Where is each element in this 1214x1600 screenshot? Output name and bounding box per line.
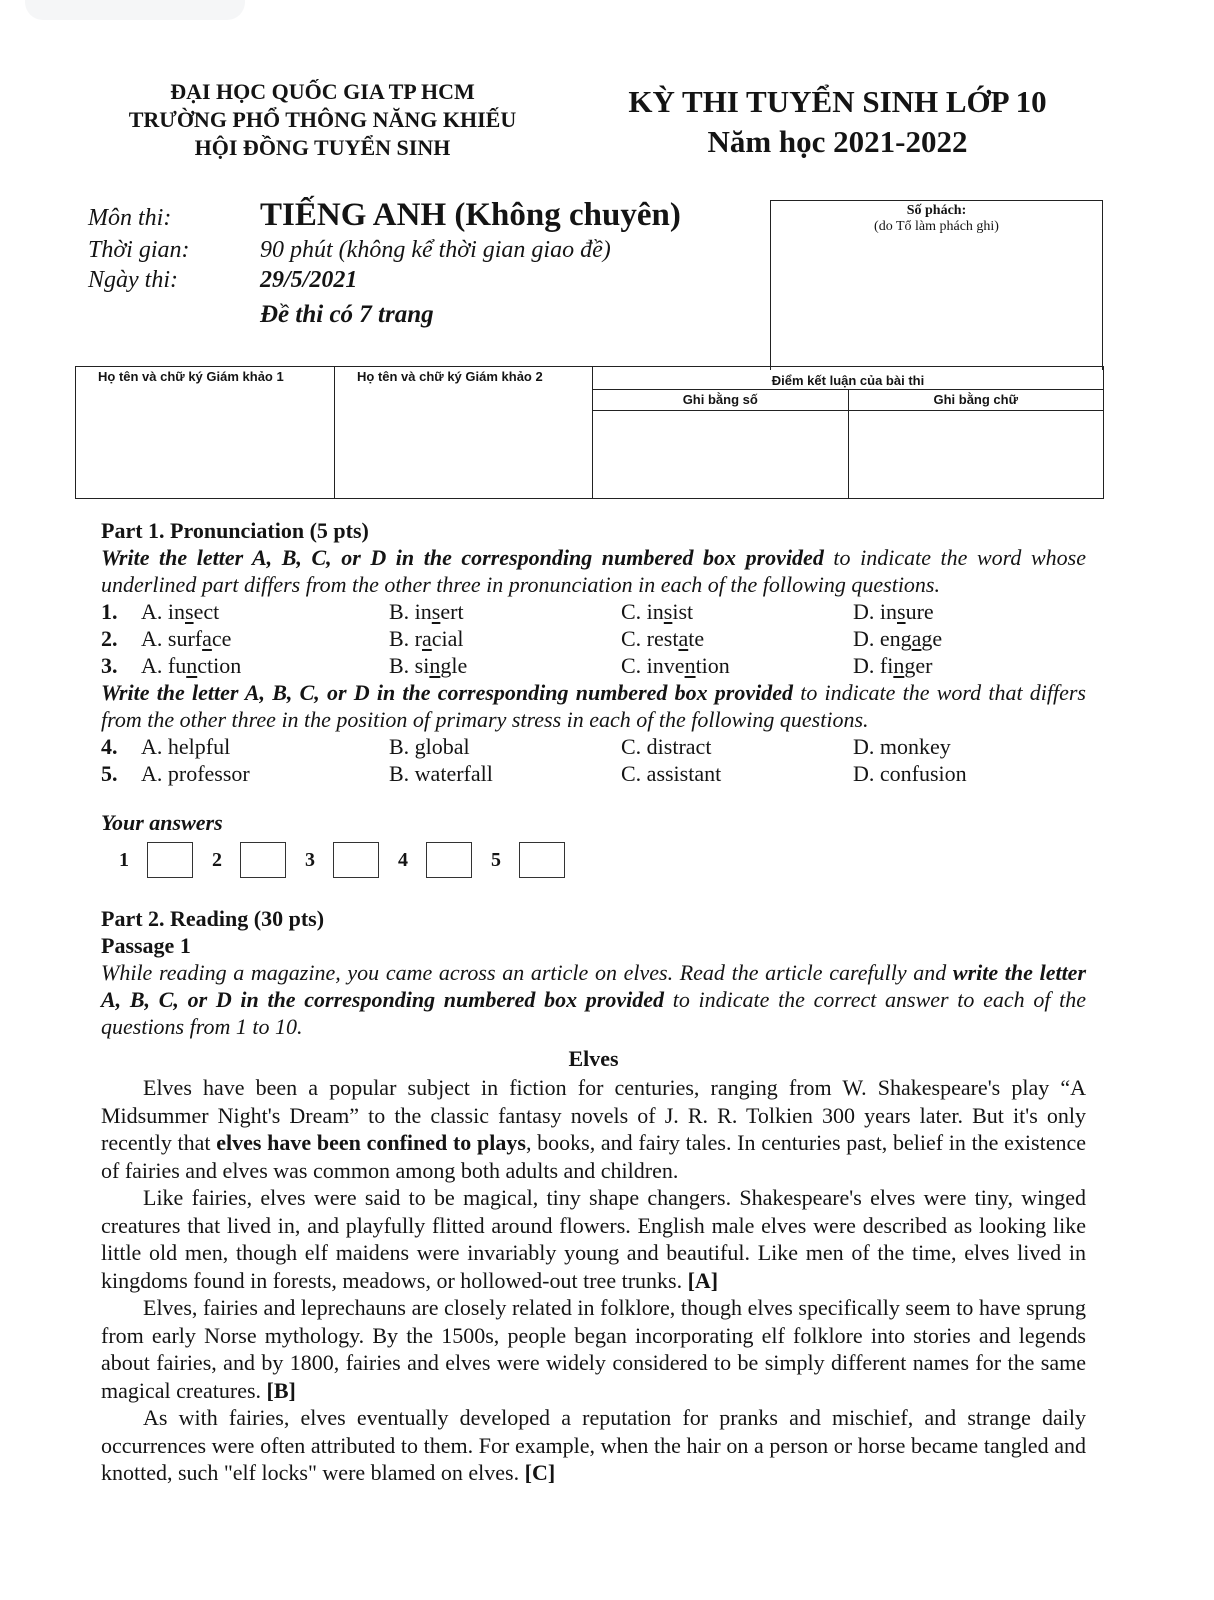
stress-questions: 4.A. helpfulB. globalC. distractD. monke… (101, 733, 1086, 787)
part2-instruction: While reading a magazine, you came acros… (101, 959, 1086, 1040)
answer-option: D. confusion (853, 760, 1086, 787)
option-text: te (688, 626, 704, 651)
option-text: B. r (389, 626, 422, 651)
answer-number: 2 (212, 849, 240, 872)
option-text: D. in (853, 599, 897, 624)
option-text: C. in (621, 599, 664, 624)
underlined-part: a (678, 626, 688, 651)
answer-option: C. distract (621, 733, 853, 760)
question-number: 2. (101, 625, 141, 652)
exam-info: Môn thi: TIẾNG ANH (Không chuyên) Thời g… (88, 195, 681, 335)
question-number: 3. (101, 652, 141, 679)
exam-title: KỲ THI TUYỂN SINH LỚP 10 (585, 82, 1090, 122)
final-score-header: Điểm kết luận của bài thi (593, 367, 1103, 390)
score-number-label: Ghi bằng số (593, 390, 848, 411)
highlighted-phrase: elves have been confined to plays (216, 1130, 526, 1155)
underlined-part: a (422, 626, 432, 651)
option-text: ce (212, 626, 232, 651)
answer-number: 5 (491, 849, 519, 872)
passage-paragraph-2: Like fairies, elves were said to be magi… (101, 1184, 1086, 1294)
passage-label: Passage 1 (101, 932, 1086, 959)
underlined-part: n (685, 653, 696, 678)
subject-label: Môn thi: (88, 205, 260, 232)
answer-number: 3 (305, 849, 333, 872)
school-year: Năm học 2021-2022 (585, 122, 1090, 162)
option-text: cial (432, 626, 464, 651)
passage-paragraph-4: As with fairies, elves eventually develo… (101, 1404, 1086, 1487)
answer-option: A. surface (141, 625, 389, 652)
exam-content: Part 1. Pronunciation (5 pts) Write the … (101, 517, 1086, 1487)
examiner1-cell: Họ tên và chữ ký Giám khảo 1 (76, 367, 335, 498)
underlined-part: n (186, 653, 197, 678)
question-row: 5.A. professorB. waterfallC. assistantD.… (101, 760, 1086, 787)
answer-option: B. racial (389, 625, 621, 652)
council-name: HỘI ĐỒNG TUYỂN SINH (85, 134, 560, 162)
subject-value: TIẾNG ANH (Không chuyên) (260, 195, 681, 235)
underlined-part: s (897, 599, 906, 624)
part2-title: Part 2. Reading (30 pts) (101, 905, 1086, 932)
passage-paragraph-1: Elves have been a popular subject in fic… (101, 1074, 1086, 1184)
answer-item: 3 (305, 842, 379, 878)
university-name: ĐẠI HỌC QUỐC GIA TP HCM (85, 78, 560, 106)
part1-instruction-pronunciation: Write the letter A, B, C, or D in the co… (101, 544, 1086, 598)
examiner2-label: Họ tên và chữ ký Giám khảo 2 (357, 369, 543, 384)
so-phach-box: Số phách: (do Tổ làm phách ghi) (770, 200, 1103, 370)
option-text: tion (696, 653, 730, 678)
answer-option: D. monkey (853, 733, 1086, 760)
answer-option: A. function (141, 652, 389, 679)
underlined-part: n (893, 653, 904, 678)
examiner2-cell: Họ tên và chữ ký Giám khảo 2 (335, 367, 593, 498)
exam-header: KỲ THI TUYỂN SINH LỚP 10 Năm học 2021-20… (585, 82, 1090, 162)
option-text: ist (672, 599, 693, 624)
option-text: A. fu (141, 653, 186, 678)
answer-box[interactable] (426, 842, 472, 878)
so-phach-note: (do Tổ làm phách ghi) (771, 219, 1102, 235)
part2-section: Part 2. Reading (30 pts) Passage 1 While… (101, 905, 1086, 1487)
answer-box[interactable] (240, 842, 286, 878)
answer-item: 2 (212, 842, 286, 878)
browser-tab-edge (25, 0, 245, 20)
option-text: B. si (389, 653, 429, 678)
final-score-cell: Điểm kết luận của bài thi Ghi bằng số Gh… (593, 367, 1103, 498)
paragraph-text: Elves, fairies and leprechauns are close… (101, 1295, 1086, 1403)
answer-item: 4 (398, 842, 472, 878)
passage-title: Elves (101, 1044, 1086, 1074)
answer-boxes: 12345 (119, 842, 1086, 878)
option-text: B. in (389, 599, 432, 624)
score-number-cell: Ghi bằng số (593, 390, 849, 498)
insertion-marker: [B] (267, 1378, 296, 1403)
option-text: ect (194, 599, 220, 624)
answer-option: C. assistant (621, 760, 853, 787)
examiner1-label: Họ tên và chữ ký Giám khảo 1 (98, 369, 284, 384)
answer-option: A. professor (141, 760, 389, 787)
answer-option: D. finger (853, 652, 1086, 679)
answer-number: 1 (119, 849, 147, 872)
question-row: 2.A. surfaceB. racialC. restateD. engage (101, 625, 1086, 652)
time-value: 90 phút (không kể thời gian giao đề) (260, 235, 611, 265)
pages-note: Đề thi có 7 trang (260, 295, 681, 335)
question-row: 3.A. functionB. singleC. inventionD. fin… (101, 652, 1086, 679)
answer-number: 4 (398, 849, 426, 872)
insertion-marker: [C] (525, 1460, 556, 1485)
option-text: C. inve (621, 653, 685, 678)
answer-box[interactable] (333, 842, 379, 878)
answer-option: C. insist (621, 598, 853, 625)
part1-title: Part 1. Pronunciation (5 pts) (101, 517, 1086, 544)
paragraph-text: As with fairies, elves eventually develo… (101, 1405, 1086, 1485)
school-name: TRƯỜNG PHỔ THÔNG NĂNG KHIẾU (85, 106, 560, 134)
answer-option: A. insect (141, 598, 389, 625)
option-text: A. in (141, 599, 185, 624)
answer-option: C. invention (621, 652, 853, 679)
option-text: ure (906, 599, 934, 624)
option-text: D. fi (853, 653, 893, 678)
answer-item: 5 (491, 842, 565, 878)
answer-option: A. helpful (141, 733, 389, 760)
question-row: 4.A. helpfulB. globalC. distractD. monke… (101, 733, 1086, 760)
part1-instruction-stress: Write the letter A, B, C, or D in the co… (101, 679, 1086, 733)
answer-item: 1 (119, 842, 193, 878)
option-text: A. surf (141, 626, 202, 651)
date-value: 29/5/2021 (260, 265, 357, 295)
option-text: C. rest (621, 626, 678, 651)
underlined-part: s (185, 599, 194, 624)
option-text: ert (440, 599, 463, 624)
answer-option: D. insure (853, 598, 1086, 625)
answers-title: Your answers (101, 810, 1086, 836)
instruction-bold: Write the letter A, B, C, or D in the co… (101, 680, 793, 705)
answer-box[interactable] (147, 842, 193, 878)
institution-header: ĐẠI HỌC QUỐC GIA TP HCM TRƯỜNG PHỔ THÔNG… (85, 78, 560, 162)
pronunciation-questions: 1.A. insectB. insertC. insistD. insure2.… (101, 598, 1086, 679)
option-text: ger (904, 653, 932, 678)
so-phach-title: Số phách: (771, 203, 1102, 219)
score-words-label: Ghi bằng chữ (849, 390, 1104, 411)
answer-box[interactable] (519, 842, 565, 878)
option-text: ge (921, 626, 942, 651)
grading-table: Họ tên và chữ ký Giám khảo 1 Họ tên và c… (75, 366, 1104, 499)
question-number: 4. (101, 733, 141, 760)
instruction-pre: While reading a magazine, you came acros… (101, 960, 953, 985)
underlined-part: n (429, 653, 440, 678)
answer-option: B. single (389, 652, 621, 679)
score-words-cell: Ghi bằng chữ (849, 390, 1104, 498)
question-row: 1.A. insectB. insertC. insistD. insure (101, 598, 1086, 625)
answer-option: B. insert (389, 598, 621, 625)
time-label: Thời gian: (88, 237, 260, 264)
answer-option: B. waterfall (389, 760, 621, 787)
insertion-marker: [A] (688, 1268, 719, 1293)
paragraph-text: Like fairies, elves were said to be magi… (101, 1185, 1086, 1293)
answer-option: D. engage (853, 625, 1086, 652)
option-text: ction (197, 653, 241, 678)
date-label: Ngày thi: (88, 267, 260, 294)
passage-paragraph-3: Elves, fairies and leprechauns are close… (101, 1294, 1086, 1404)
option-text: gle (440, 653, 467, 678)
underlined-part: a (912, 626, 922, 651)
instruction-bold: Write the letter A, B, C, or D in the co… (101, 545, 824, 570)
question-number: 5. (101, 760, 141, 787)
answer-option: B. global (389, 733, 621, 760)
answer-option: C. restate (621, 625, 853, 652)
question-number: 1. (101, 598, 141, 625)
option-text: D. eng (853, 626, 912, 651)
underlined-part: a (202, 626, 212, 651)
